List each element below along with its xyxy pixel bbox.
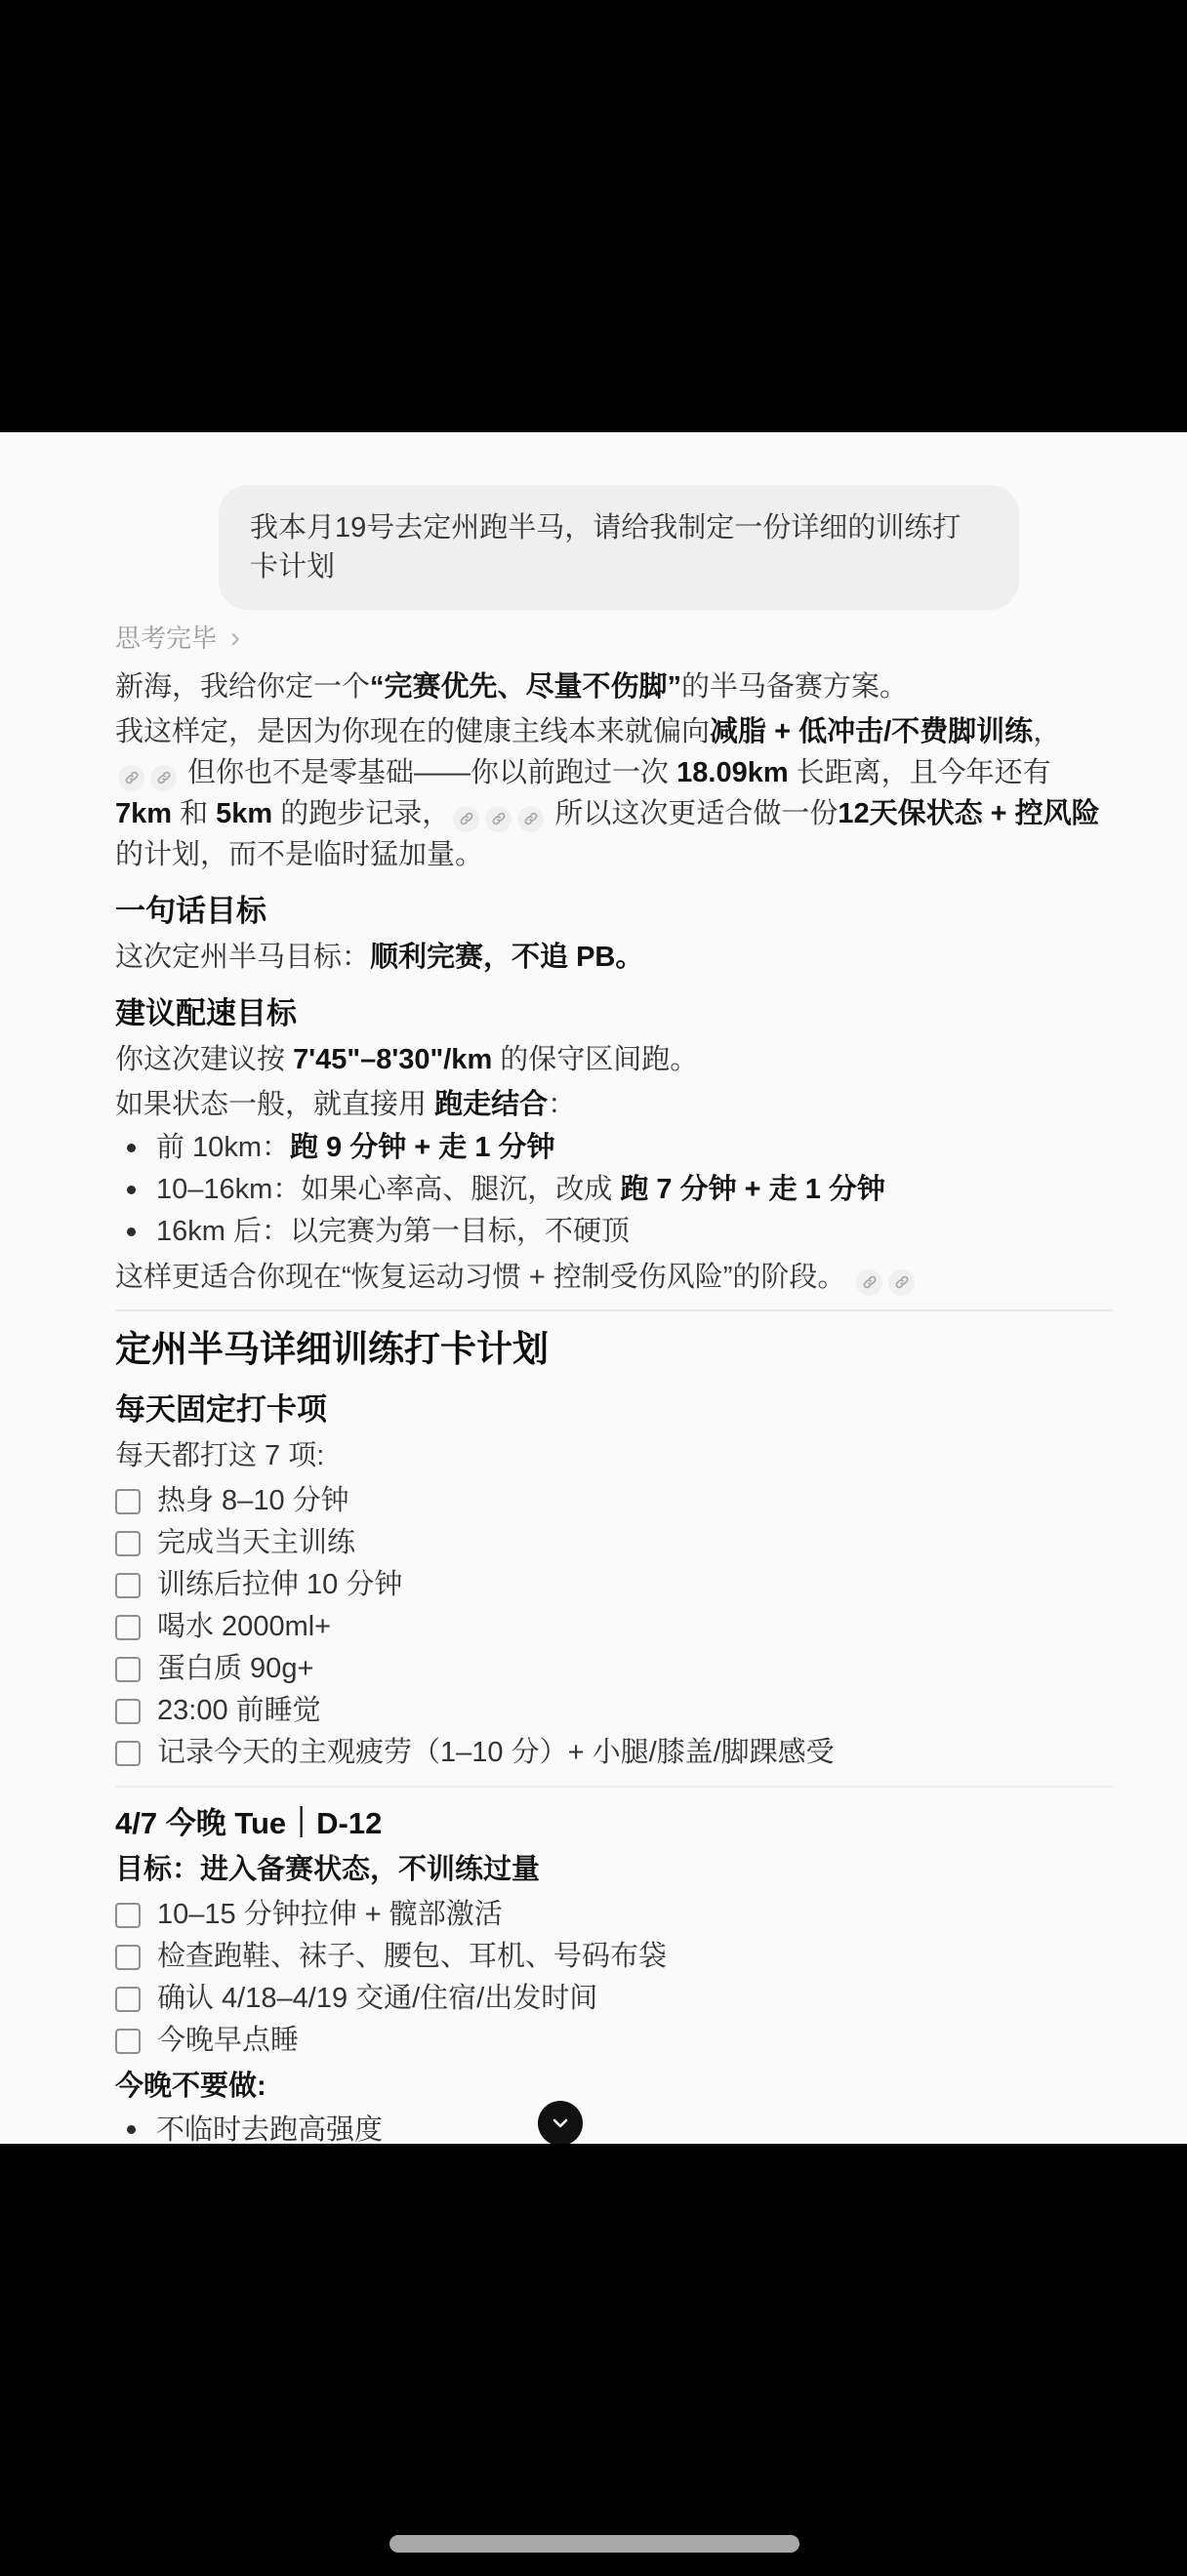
list-item: 不临时去跑高强度 bbox=[115, 2109, 1113, 2144]
phone-screen: 我本月19号去定州跑半马，请给我制定一份详细的训练打卡计划 思考完毕 › 新海，… bbox=[0, 0, 1187, 2576]
tonight-dont-heading: 今晚不要做: bbox=[115, 2066, 1113, 2107]
thinking-complete-toggle[interactable]: 思考完毕 › bbox=[115, 625, 1113, 651]
pace-bullet-list: 前 10km：跑 9 分钟 + 走 1 分钟 10–16km：如果心率高、腿沉，… bbox=[115, 1127, 1113, 1253]
checklist-label: 蛋白质 90g+ bbox=[157, 1648, 313, 1690]
checklist-row: 热身 8–10 分钟 bbox=[115, 1480, 1113, 1522]
citation-group-3 bbox=[845, 1262, 918, 1293]
pace-bullet-1: 前 10km：跑 9 分钟 + 走 1 分钟 bbox=[156, 1132, 555, 1163]
checkbox[interactable] bbox=[115, 1945, 141, 1970]
tonight-dont-list: 不临时去跑高强度 不熬夜 不吃特别油辣 bbox=[115, 2109, 1113, 2144]
citation-link-icon[interactable] bbox=[856, 1269, 882, 1296]
chat-scroll-area[interactable]: 我本月19号去定州跑半马，请给我制定一份详细的训练打卡计划 思考完毕 › 新海，… bbox=[0, 432, 1187, 2144]
pace-line-1: 你这次建议按 7'45"–8'30"/km 的保守区间跑。 bbox=[115, 1039, 1113, 1080]
checklist-row: 确认 4/18–4/19 交通/住宿/出发时间 bbox=[115, 1978, 1113, 2020]
scroll-to-bottom-button[interactable] bbox=[538, 2101, 583, 2146]
checklist-label: 23:00 前睡觉 bbox=[157, 1690, 321, 1732]
section-divider bbox=[115, 1786, 1113, 1788]
checklist-label: 喝水 2000ml+ bbox=[157, 1606, 331, 1648]
checklist-row: 10–15 分钟拉伸 + 髋部激活 bbox=[115, 1894, 1113, 1936]
checkbox[interactable] bbox=[115, 1657, 141, 1682]
checklist-label: 今晚早点睡 bbox=[157, 2020, 299, 2062]
user-message-row: 我本月19号去定州跑半马，请给我制定一份详细的训练打卡计划 bbox=[115, 485, 1113, 610]
list-item: 16km 后：以完赛为第一目标，不硬顶 bbox=[115, 1211, 1113, 1253]
citation-link-icon[interactable] bbox=[485, 806, 512, 832]
pace-bullet-2: 10–16km：如果心率高、腿沉，改成 跑 7 分钟 + 走 1 分钟 bbox=[156, 1174, 885, 1205]
checkbox[interactable] bbox=[115, 1741, 141, 1766]
section-heading-one-line-goal: 一句话目标 bbox=[115, 890, 1113, 933]
checklist-label: 检查跑鞋、袜子、腰包、耳机、号码布袋 bbox=[157, 1936, 667, 1978]
tonight-checklist: 10–15 分钟拉伸 + 髋部激活 检查跑鞋、袜子、腰包、耳机、号码布袋 确认 … bbox=[115, 1894, 1113, 2062]
citation-link-icon[interactable] bbox=[517, 806, 544, 832]
checklist-label: 确认 4/18–4/19 交通/住宿/出发时间 bbox=[157, 1978, 597, 2020]
plan-title: 定州半马详细训练打卡计划 bbox=[115, 1325, 1113, 1374]
pace-line-2: 如果状态一般，就直接用 跑走结合： bbox=[115, 1084, 1113, 1125]
checklist-label: 完成当天主训练 bbox=[157, 1522, 355, 1564]
section-divider bbox=[115, 1309, 1113, 1311]
section-heading-daily-checkin: 每天固定打卡项 bbox=[115, 1389, 1113, 1431]
intro-paragraph-2a: 我这样定，是因为你现在的健康主线本来就偏向减脂 + 低冲击/不费脚训练， bbox=[115, 716, 1061, 747]
checklist-label: 热身 8–10 分钟 bbox=[157, 1480, 349, 1522]
thinking-complete-label: 思考完毕 bbox=[115, 625, 217, 651]
checklist-row: 检查跑鞋、袜子、腰包、耳机、号码布袋 bbox=[115, 1936, 1113, 1978]
chevron-down-icon bbox=[549, 2112, 572, 2135]
daily-checklist: 热身 8–10 分钟 完成当天主训练 训练后拉伸 10 分钟 喝水 2000ml… bbox=[115, 1480, 1113, 1774]
checklist-row: 记录今天的主观疲劳（1–10 分）+ 小腿/膝盖/脚踝感受 bbox=[115, 1732, 1113, 1774]
checklist-row: 蛋白质 90g+ bbox=[115, 1648, 1113, 1690]
citation-link-icon[interactable] bbox=[453, 806, 479, 832]
checkbox[interactable] bbox=[115, 1489, 141, 1514]
user-message-bubble: 我本月19号去定州跑半马，请给我制定一份详细的训练打卡计划 bbox=[219, 485, 1019, 610]
bullet-dot-icon bbox=[127, 1144, 136, 1152]
citation-link-icon[interactable] bbox=[150, 765, 177, 791]
bullet-dot-icon bbox=[127, 1186, 136, 1194]
tonight-goal: 目标：进入备赛状态，不训练过量 bbox=[115, 1849, 1113, 1890]
checklist-row: 23:00 前睡觉 bbox=[115, 1690, 1113, 1732]
bullet-dot-icon bbox=[127, 2125, 136, 2134]
intro-paragraph-2: 我这样定，是因为你现在的健康主线本来就偏向减脂 + 低冲击/不费脚训练， 但你也… bbox=[115, 711, 1113, 875]
checklist-row: 训练后拉伸 10 分钟 bbox=[115, 1564, 1113, 1606]
checklist-row: 喝水 2000ml+ bbox=[115, 1606, 1113, 1648]
goal-line: 这次定州半马目标：顺利完赛，不追 PB。 bbox=[115, 937, 1113, 978]
pace-note-text: 这样更适合你现在“恢复运动习惯 + 控制受伤风险”的阶段。 bbox=[115, 1262, 845, 1293]
chevron-right-icon: › bbox=[230, 625, 240, 651]
checkbox[interactable] bbox=[115, 1903, 141, 1928]
citation-link-icon[interactable] bbox=[888, 1269, 915, 1296]
pace-bullet-3: 16km 后：以完赛为第一目标，不硬顶 bbox=[156, 1216, 630, 1247]
bottom-letterbox bbox=[0, 2144, 1187, 2576]
checkbox[interactable] bbox=[115, 1987, 141, 2012]
checkbox[interactable] bbox=[115, 1573, 141, 1598]
list-item: 10–16km：如果心率高、腿沉，改成 跑 7 分钟 + 走 1 分钟 bbox=[115, 1169, 1113, 1211]
section-heading-tonight: 4/7 今晚 Tue｜D-12 bbox=[115, 1802, 1113, 1845]
list-item: 前 10km：跑 9 分钟 + 走 1 分钟 bbox=[115, 1127, 1113, 1169]
citation-group-1 bbox=[115, 757, 180, 788]
intro-paragraph-1: 新海，我给你定一个“完赛优先、尽量不伤脚”的半马备赛方案。 bbox=[115, 666, 1113, 707]
checklist-label: 10–15 分钟拉伸 + 髋部激活 bbox=[157, 1894, 503, 1936]
checklist-row: 完成当天主训练 bbox=[115, 1522, 1113, 1564]
checkbox[interactable] bbox=[115, 1699, 141, 1724]
checklist-label: 训练后拉伸 10 分钟 bbox=[157, 1564, 402, 1606]
checkbox[interactable] bbox=[115, 2029, 141, 2054]
dont-item: 不临时去跑高强度 bbox=[156, 2114, 383, 2144]
citation-group-2 bbox=[450, 798, 547, 829]
checklist-label: 记录今天的主观疲劳（1–10 分）+ 小腿/膝盖/脚踝感受 bbox=[157, 1732, 835, 1774]
checkbox[interactable] bbox=[115, 1615, 141, 1640]
bullet-dot-icon bbox=[127, 1228, 136, 1236]
checklist-row: 今晚早点睡 bbox=[115, 2020, 1113, 2062]
pace-note: 这样更适合你现在“恢复运动习惯 + 控制受伤风险”的阶段。 bbox=[115, 1257, 1113, 1298]
section-heading-pace-target: 建议配速目标 bbox=[115, 992, 1113, 1035]
checkbox[interactable] bbox=[115, 1531, 141, 1556]
top-letterbox bbox=[0, 0, 1187, 432]
home-indicator-bar[interactable] bbox=[389, 2535, 799, 2553]
daily-intro: 每天都打这 7 项: bbox=[115, 1435, 1113, 1476]
citation-link-icon[interactable] bbox=[118, 765, 144, 791]
